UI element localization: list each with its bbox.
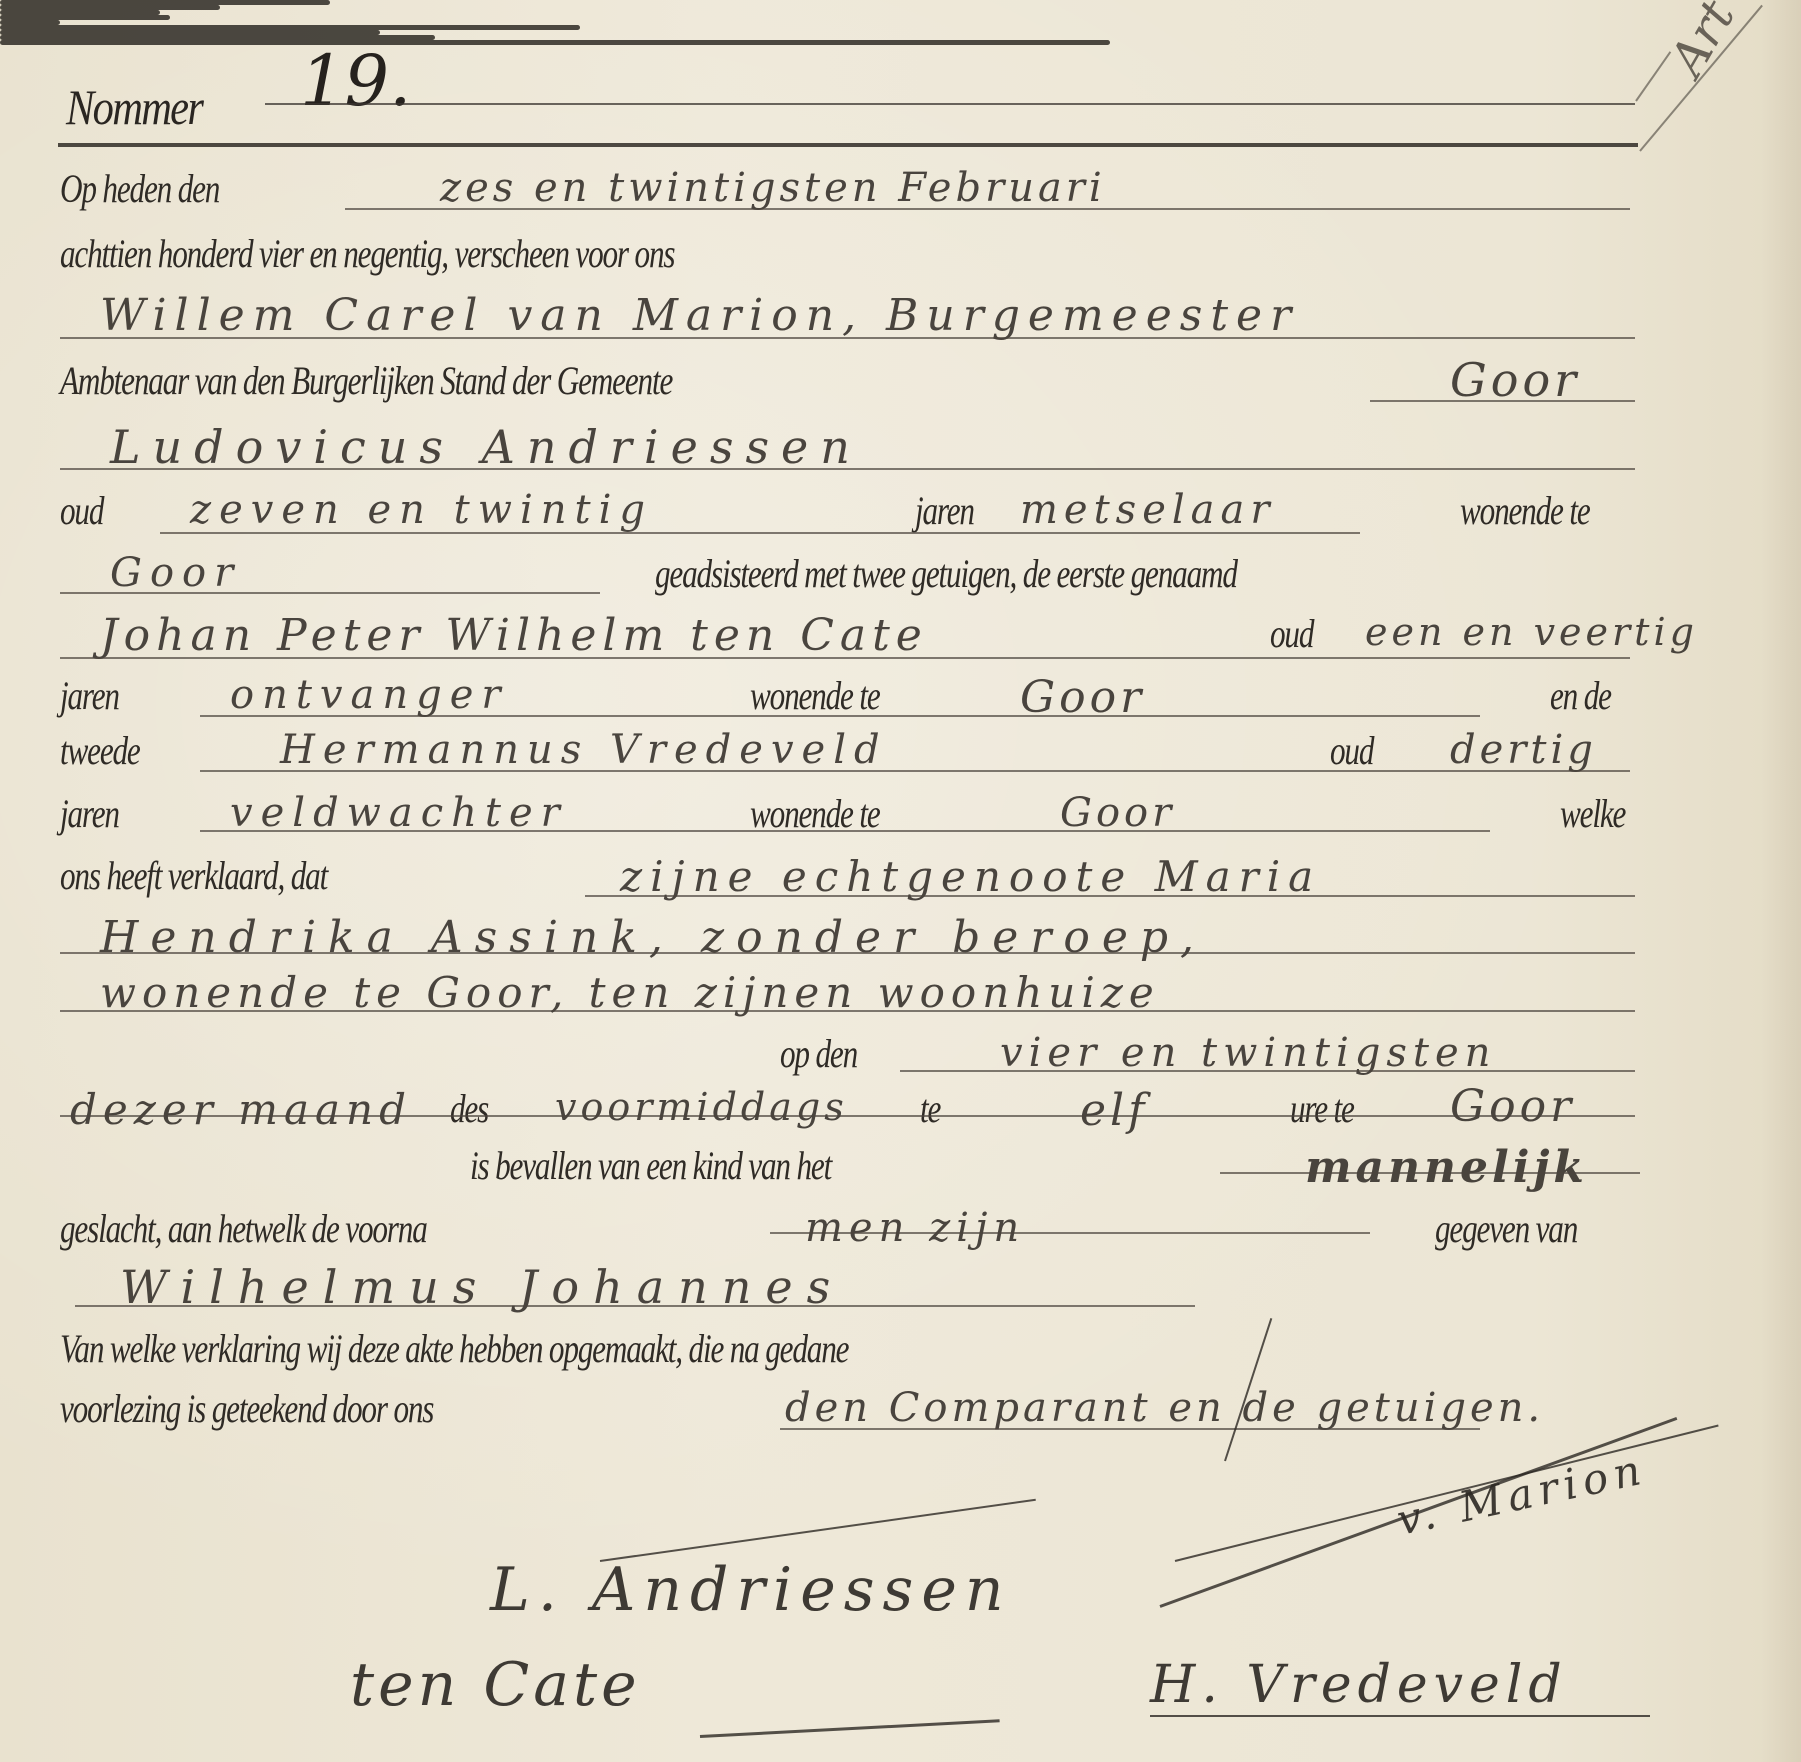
handwritten-registrar: Willem Carel van Marion, Burgemeester (100, 290, 1299, 341)
printed-text: te (920, 1085, 940, 1132)
printed-text: welke (1560, 790, 1625, 837)
handwritten-month: dezer maand (70, 1085, 412, 1134)
handwritten-municipality: Goor (1450, 353, 1580, 407)
handwritten-witness-1-occupation: ontvanger (230, 672, 509, 718)
record-line-20: Van welke verklaring wij deze akte hebbe… (60, 1325, 1700, 1385)
handwritten-declarant: Ludovicus Andriessen (110, 420, 862, 474)
handwritten-age: zeven en twintig (190, 487, 653, 533)
record-line-7: Goor geadsisteerd met twee getuigen, de … (60, 550, 1700, 610)
printed-text: jaren (915, 487, 974, 534)
record-line-4: Ambtenaar van den Burgerlijken Stand der… (60, 357, 1700, 417)
fill-line (200, 770, 1630, 772)
header-divider (58, 143, 1638, 147)
fill-line (60, 468, 1635, 470)
fill-line (900, 1070, 1635, 1072)
printed-text: tweede (60, 727, 140, 774)
signature-witness-2: H. Vredeveld (1150, 1655, 1568, 1715)
fill-line (780, 1428, 1480, 1430)
record-line-13: Hendrika Assink, zonder beroep, (60, 912, 1700, 972)
signature-flourish (600, 1499, 1036, 1562)
record-line-11: jaren veldwachter wonende te Goor welke (60, 790, 1700, 850)
printed-text: op den (780, 1030, 857, 1077)
fill-line (200, 715, 1480, 717)
record-line-10: tweede Hermannus Vredeveld oud dertig (60, 727, 1700, 787)
handwritten-date: zes en twintigsten Februari (440, 165, 1106, 211)
fill-line (1370, 400, 1635, 402)
fill-line (75, 1305, 1195, 1307)
printed-text: ure te (1290, 1085, 1354, 1132)
printed-text: wonende te (750, 672, 880, 719)
fill-line (200, 830, 1490, 832)
fill-line (345, 208, 1630, 210)
signature-underline (700, 1719, 1000, 1738)
record-line-2: achttien honderd vier en negentig, versc… (60, 230, 1700, 290)
printed-text: des (450, 1085, 488, 1132)
printed-text: jaren (60, 672, 119, 719)
margin-stroke (1635, 51, 1671, 101)
fill-line (60, 1115, 1635, 1117)
handwritten-residence: Goor (110, 550, 241, 596)
fill-line (60, 952, 1635, 954)
handwritten-witness-1-age: een en veertig (1365, 610, 1698, 654)
handwritten-hour: elf (1080, 1085, 1148, 1136)
margin-note: Art (1659, 0, 1746, 85)
record-line-8: Johan Peter Wilhelm ten Cate oud een en … (60, 610, 1700, 670)
fill-line (770, 1232, 1370, 1234)
record-line-6: oud zeven en twintig jaren metselaar won… (60, 487, 1700, 547)
handwritten-birth-municipality: Goor (1450, 1081, 1575, 1132)
record-line-3: Willem Carel van Marion, Burgemeester (60, 290, 1700, 350)
signature-flourish (1159, 1417, 1677, 1608)
fill-line (1220, 1172, 1640, 1174)
fill-dash (0, 40, 1110, 45)
printed-text: gegeven van (1435, 1205, 1577, 1252)
fill-line (585, 895, 1635, 897)
signature-underline (1150, 1715, 1650, 1717)
printed-text: oud (60, 487, 103, 534)
document-page: Nommer 19. Art Op heden den zes en twint… (0, 0, 1801, 1762)
printed-text: Ambtenaar van den Burgerlijken Stand der… (60, 357, 672, 404)
record-line-19: Wilhelmus Johannes (60, 1260, 1700, 1320)
printed-text: is bevallen van een kind van het (470, 1142, 831, 1189)
printed-text: Op heden den (60, 165, 219, 212)
handwritten-mother: zijne echtgenoote Maria (620, 852, 1321, 901)
printed-text: geadsisteerd met twee getuigen, de eerst… (655, 550, 1237, 597)
record-line-9: jaren ontvanger wonende te Goor en de (60, 672, 1700, 732)
signature-registrar: v. Marion (1393, 1444, 1651, 1545)
fill-line (60, 1010, 1635, 1012)
record-line-1: Op heden den zes en twintigsten Februari (60, 165, 1700, 225)
fill-line (60, 657, 1630, 659)
handwritten-mother-name: Hendrika Assink, zonder beroep, (100, 912, 1206, 963)
fill-line (60, 592, 600, 594)
header-number-value: 19. (300, 40, 411, 122)
page-gutter-shadow (1761, 0, 1801, 1762)
printed-text: oud (1330, 727, 1373, 774)
header-underline (265, 103, 1635, 105)
printed-text: achttien honderd vier en negentig, versc… (60, 230, 674, 277)
fill-line (160, 532, 1360, 534)
signature-declarant: L. Andriessen (490, 1555, 1011, 1625)
printed-text: Van welke verklaring wij deze akte hebbe… (60, 1325, 848, 1372)
header-number-label: Nommer (66, 78, 202, 136)
handwritten-witness-2: Hermannus Vredeveld (280, 727, 888, 773)
printed-text: en de (1550, 672, 1611, 719)
handwritten-witness-1: Johan Peter Wilhelm ten Cate (100, 610, 928, 661)
fill-line (60, 337, 1635, 339)
handwritten-witness-2-age: dertig (1450, 727, 1597, 773)
record-line-14: wonende te Goor, ten zijnen woonhuize (60, 968, 1700, 1028)
printed-text: geslacht, aan hetwelk de voorna (60, 1205, 427, 1252)
printed-text: wonende te (1460, 487, 1590, 534)
printed-text: oud (1270, 610, 1313, 657)
printed-text: jaren (60, 790, 119, 837)
handwritten-occupation: metselaar (1020, 487, 1275, 533)
record-line-18: geslacht, aan hetwelk de voorna men zijn… (60, 1205, 1700, 1265)
handwritten-sex: mannelijk (1305, 1142, 1588, 1193)
record-line-21: voorlezing is geteekend door ons den Com… (60, 1385, 1700, 1445)
record-line-5: Ludovicus Andriessen (60, 420, 1700, 480)
signature-witness-1: ten Cate (350, 1650, 641, 1720)
printed-text: voorlezing is geteekend door ons (60, 1385, 433, 1432)
handwritten-time-of-day: voormiddags (555, 1085, 848, 1129)
printed-text: ons heeft verklaard, dat (60, 852, 327, 899)
handwritten-given-names-intro: men zijn (805, 1205, 1025, 1251)
record-line-12: ons heeft verklaard, dat zijne echtgenoo… (60, 852, 1700, 912)
handwritten-signatories: den Comparant en de getuigen. (785, 1385, 1544, 1431)
